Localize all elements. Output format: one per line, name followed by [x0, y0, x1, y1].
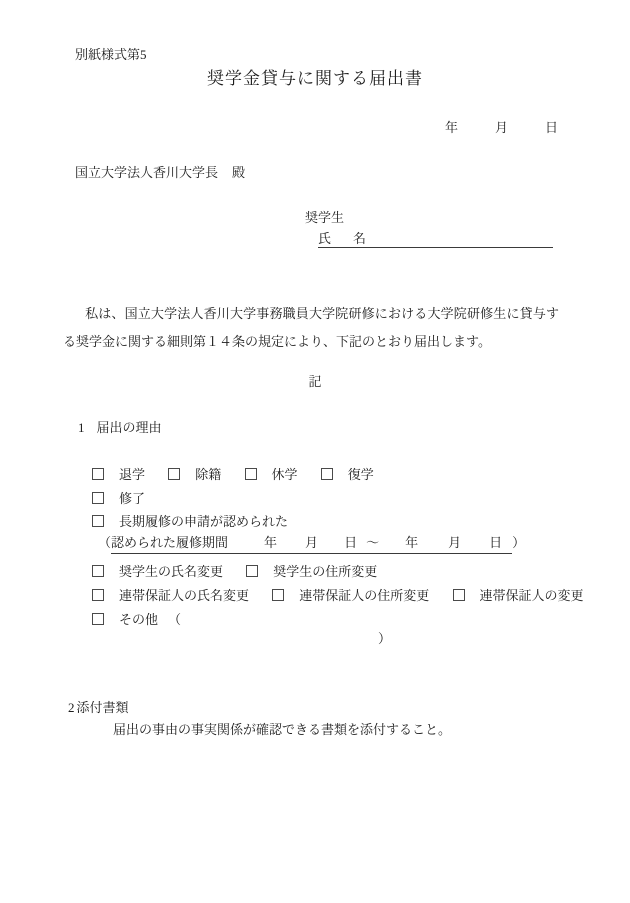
- date-day-label: 日: [545, 120, 558, 135]
- attachments-note: 届出の事由の事実関係が確認できる書類を添付すること。: [113, 719, 451, 738]
- period-day2-label: 日: [489, 535, 502, 550]
- reason-item-taigaku: 退学: [92, 464, 145, 483]
- form-number: 別紙様式第5: [75, 44, 147, 63]
- period-day1-label: 日: [344, 535, 357, 550]
- record-marker: 記: [0, 371, 630, 390]
- name-label-first: 氏: [318, 231, 331, 246]
- reason-label: 修了: [119, 491, 145, 506]
- period-month2-label: 月: [448, 535, 461, 550]
- name-fill-line[interactable]: 氏名: [318, 228, 553, 248]
- checkbox-kyugaku[interactable]: [245, 468, 257, 480]
- reason-row-2: 修了: [92, 488, 145, 507]
- addressee-name: 国立大学法人香川大学長: [75, 165, 218, 180]
- section-attachments-heading: 2添付書類: [68, 697, 129, 716]
- period-close-paren: ）: [512, 535, 525, 550]
- addressee-honorific: 殿: [232, 165, 245, 180]
- checkbox-shuryo[interactable]: [92, 492, 104, 504]
- checkbox-guarantor-address-change[interactable]: [272, 589, 284, 601]
- section-reasons-title: 届出の理由: [97, 420, 162, 435]
- addressee: 国立大学法人香川大学長殿: [75, 162, 245, 181]
- reason-label: 連帯保証人の氏名変更: [119, 588, 249, 603]
- checkbox-student-name-change[interactable]: [92, 565, 104, 577]
- period-open-paren: （: [98, 535, 111, 550]
- reason-item-shuryo: 修了: [92, 488, 145, 507]
- section-attachments-title: 添付書類: [77, 700, 129, 715]
- period-fill-line[interactable]: 認められた履修期間年月日～年月日: [111, 532, 512, 554]
- period-year2-label: 年: [405, 535, 418, 550]
- date-line: 年月日: [445, 117, 558, 136]
- checkbox-taigaku[interactable]: [92, 468, 104, 480]
- reason-item-student-address-change: 奨学生の住所変更: [246, 561, 377, 580]
- reason-label: その他: [119, 612, 158, 627]
- name-label-second: 名: [353, 231, 366, 246]
- reason-label: 復学: [348, 467, 374, 482]
- section-reasons-number: 1: [78, 420, 85, 436]
- section-reasons-heading: 1届出の理由: [78, 417, 162, 436]
- other-close-paren: ）: [378, 628, 391, 647]
- reason-item-other: その他（: [92, 609, 181, 628]
- reason-label: 長期履修の申請が認められた: [119, 514, 288, 529]
- applicant-role-label: 奨学生: [305, 207, 344, 226]
- reason-label: 除籍: [195, 467, 221, 482]
- period-month1-label: 月: [305, 535, 318, 550]
- reason-item-joseki: 除籍: [168, 464, 221, 483]
- reason-row-3: 長期履修の申請が認められた: [92, 511, 288, 530]
- checkbox-fukugaku[interactable]: [321, 468, 333, 480]
- reason-label: 退学: [119, 467, 145, 482]
- reason-item-guarantor-change: 連帯保証人の変更: [453, 585, 584, 604]
- reason-item-guarantor-name-change: 連帯保証人の氏名変更: [92, 585, 249, 604]
- reason-label: 奨学生の住所変更: [273, 564, 377, 579]
- reason-label: 休学: [272, 467, 298, 482]
- reason-row-6: その他（: [92, 609, 181, 628]
- reason-row-4: 奨学生の氏名変更 奨学生の住所変更: [92, 561, 377, 580]
- reason-row-1: 退学 除籍 休学 復学: [92, 464, 374, 483]
- document-page: 別紙様式第5 奨学金貸与に関する届出書 年月日 国立大学法人香川大学長殿 奨学生…: [0, 0, 630, 903]
- checkbox-student-address-change[interactable]: [246, 565, 258, 577]
- reason-row-5: 連帯保証人の氏名変更 連帯保証人の住所変更 連帯保証人の変更: [92, 585, 584, 604]
- reason-item-kyugaku: 休学: [245, 464, 298, 483]
- page-title: 奨学金貸与に関する届出書: [0, 64, 630, 89]
- checkbox-choki-rishu[interactable]: [92, 515, 104, 527]
- date-year-label: 年: [445, 117, 458, 136]
- body-paragraph: 私は、国立大学法人香川大学事務職員大学院研修における大学院研修生に貸与する奨学金…: [63, 300, 559, 356]
- reason-label: 奨学生の氏名変更: [119, 564, 223, 579]
- section-attachments-number: 2: [68, 700, 75, 716]
- reason-item-fukugaku: 復学: [321, 464, 374, 483]
- approved-period-line: （認められた履修期間年月日～年月日）: [98, 532, 525, 554]
- reason-item-student-name-change: 奨学生の氏名変更: [92, 561, 223, 580]
- checkbox-other[interactable]: [92, 613, 104, 625]
- checkbox-joseki[interactable]: [168, 468, 180, 480]
- period-year1-label: 年: [264, 535, 277, 550]
- checkbox-guarantor-change[interactable]: [453, 589, 465, 601]
- period-label: 認められた履修期間: [111, 535, 228, 550]
- reason-item-guarantor-address-change: 連帯保証人の住所変更: [272, 585, 429, 604]
- reason-label: 連帯保証人の変更: [480, 588, 584, 603]
- checkbox-guarantor-name-change[interactable]: [92, 589, 104, 601]
- reason-item-choki-rishu: 長期履修の申請が認められた: [92, 511, 288, 530]
- other-open-paren: （: [168, 612, 181, 627]
- period-tilde: ～: [366, 535, 379, 550]
- date-month-label: 月: [495, 117, 508, 136]
- reason-label: 連帯保証人の住所変更: [299, 588, 429, 603]
